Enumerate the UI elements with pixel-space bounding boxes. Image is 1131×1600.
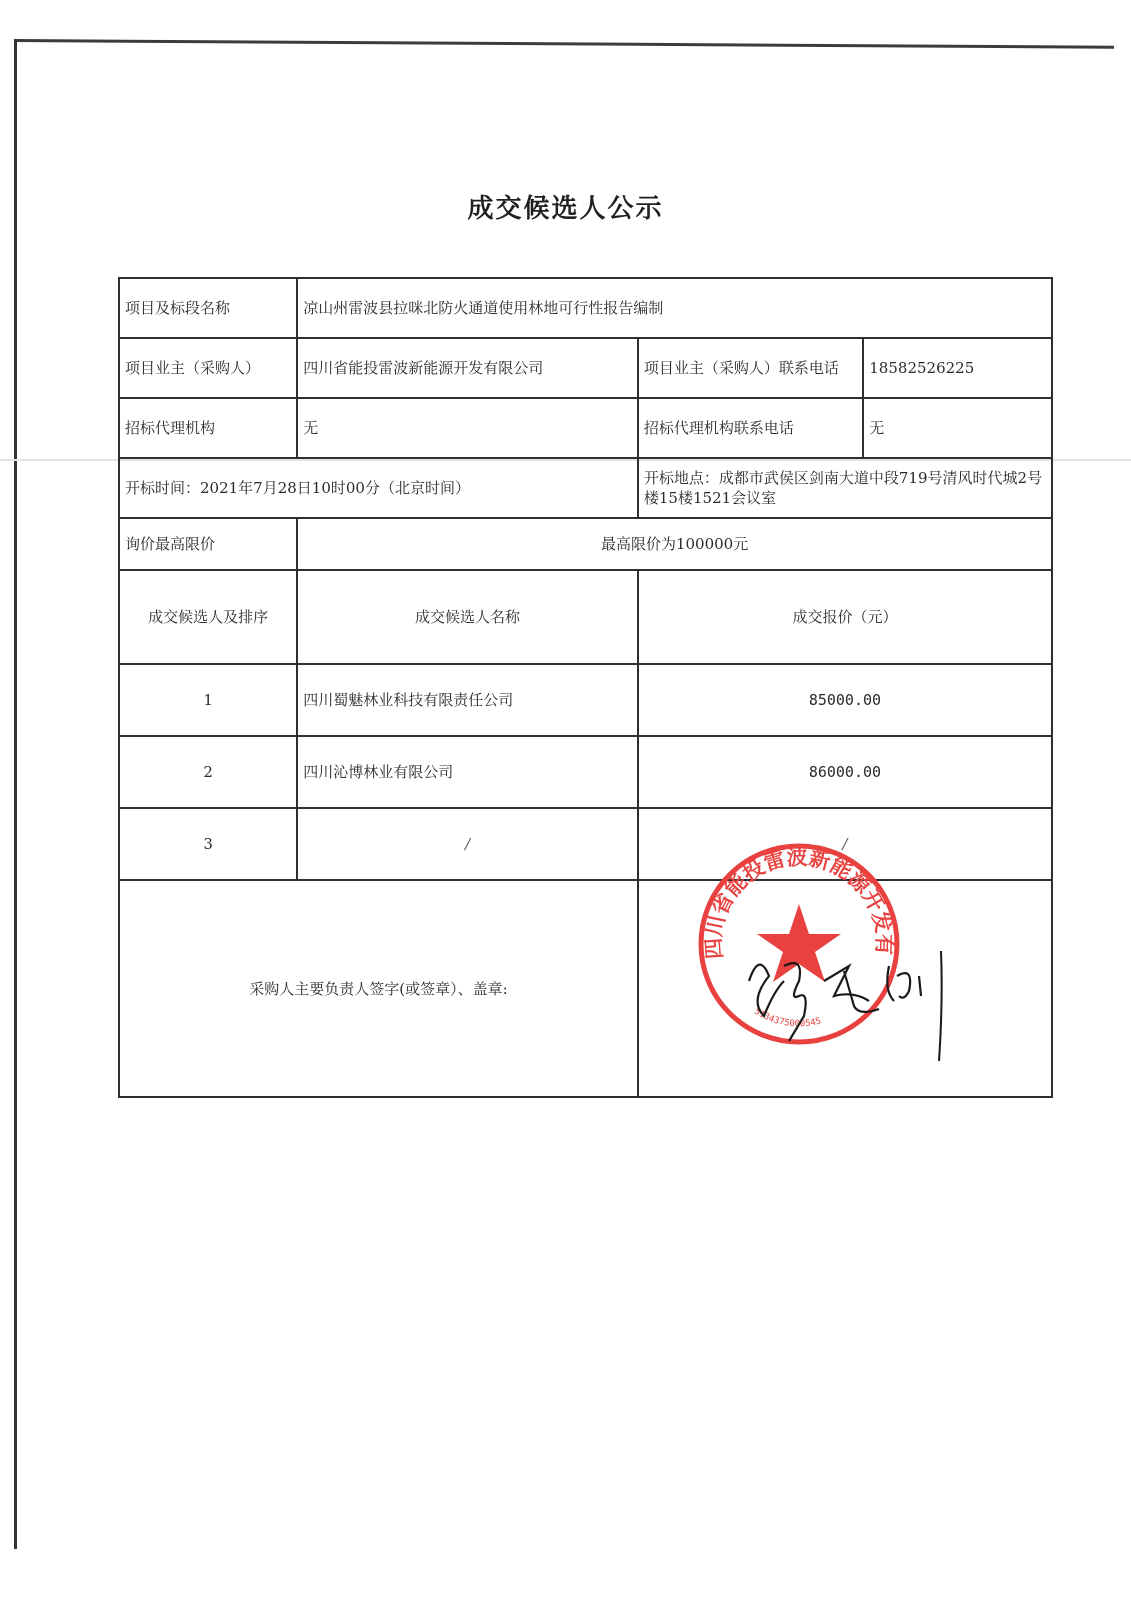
- header-name: 成交候选人名称: [297, 570, 638, 664]
- stamp-area: 四川省能投雷波新能源开发有限公司 5134375000545: [638, 880, 1052, 1097]
- candidate-rank: 2: [119, 736, 297, 808]
- agency-phone-label: 招标代理机构联系电话: [638, 398, 863, 458]
- candidate-rank: 1: [119, 664, 297, 736]
- price-cap-value: 最高限价为100000元: [297, 518, 1052, 570]
- owner-phone-label: 项目业主（采购人）联系电话: [638, 338, 863, 398]
- handwritten-signature-icon: [729, 921, 969, 1071]
- row-opening: 开标时间：2021年7月28日10时00分（北京时间） 开标地点：成都市武侯区剑…: [119, 458, 1052, 518]
- candidate-price: 86000.00: [638, 736, 1052, 808]
- row-agency: 招标代理机构 无 招标代理机构联系电话 无: [119, 398, 1052, 458]
- row-project-name: 项目及标段名称 凉山州雷波县拉咪北防火通道使用林地可行性报告编制: [119, 278, 1052, 338]
- candidate-price: 85000.00: [638, 664, 1052, 736]
- signature-label: 采购人主要负责人签字(或签章）、盖章:: [119, 880, 638, 1097]
- agency-label: 招标代理机构: [119, 398, 297, 458]
- table-row: 2 四川沁博林业有限公司 86000.00: [119, 736, 1052, 808]
- project-name-value: 凉山州雷波县拉咪北防火通道使用林地可行性报告编制: [297, 278, 1052, 338]
- document-title: 成交候选人公示: [0, 188, 1131, 225]
- project-name-label: 项目及标段名称: [119, 278, 297, 338]
- candidate-rank: 3: [119, 808, 297, 880]
- row-signature: 采购人主要负责人签字(或签章）、盖章: 四川省能投雷波新能源开发有限公司 513…: [119, 880, 1052, 1097]
- scan-border-top: [14, 39, 1114, 49]
- table-row: 1 四川蜀魅林业科技有限责任公司 85000.00: [119, 664, 1052, 736]
- owner-label: 项目业主（采购人）: [119, 338, 297, 398]
- opening-time: 开标时间：2021年7月28日10时00分（北京时间）: [119, 458, 638, 518]
- table-row: 3 / /: [119, 808, 1052, 880]
- price-cap-label: 询价最高限价: [119, 518, 297, 570]
- candidates-header-row: 成交候选人及排序 成交候选人名称 成交报价（元）: [119, 570, 1052, 664]
- candidate-name: 四川沁博林业有限公司: [297, 736, 638, 808]
- scan-border-left: [14, 39, 17, 1549]
- header-rank: 成交候选人及排序: [119, 570, 297, 664]
- candidate-name: /: [297, 808, 638, 880]
- row-owner: 项目业主（采购人） 四川省能投雷波新能源开发有限公司 项目业主（采购人）联系电话…: [119, 338, 1052, 398]
- owner-phone-value: 18582526225: [863, 338, 1052, 398]
- agency-phone-value: 无: [863, 398, 1052, 458]
- announcement-table: 项目及标段名称 凉山州雷波县拉咪北防火通道使用林地可行性报告编制 项目业主（采购…: [118, 277, 1053, 1098]
- opening-place: 开标地点：成都市武侯区剑南大道中段719号清风时代城2号楼15楼1521会议室: [638, 458, 1052, 518]
- owner-value: 四川省能投雷波新能源开发有限公司: [297, 338, 638, 398]
- header-price: 成交报价（元）: [638, 570, 1052, 664]
- agency-value: 无: [297, 398, 638, 458]
- candidate-name: 四川蜀魅林业科技有限责任公司: [297, 664, 638, 736]
- row-price-cap: 询价最高限价 最高限价为100000元: [119, 518, 1052, 570]
